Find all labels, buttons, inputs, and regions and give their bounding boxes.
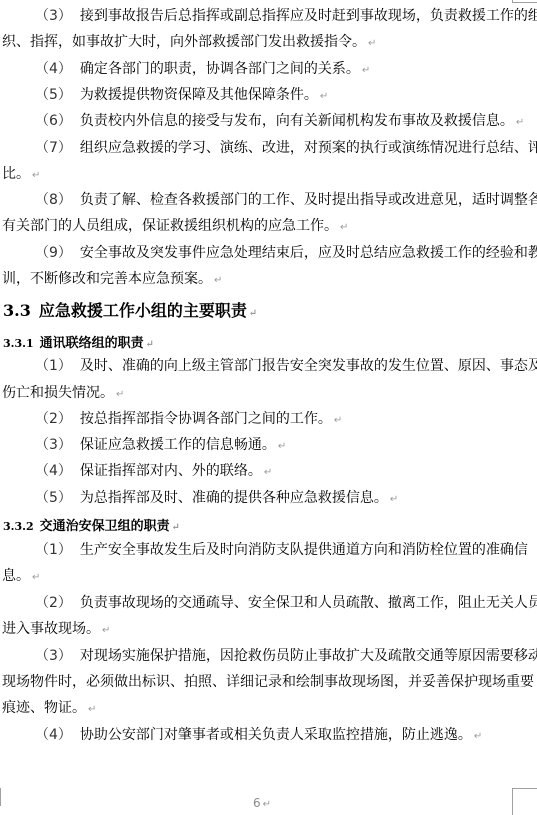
traffic-item-2-cont: 进入事故现场。↵ (2, 616, 512, 645)
comm-item-4: （4）保证指挥部对内、外的联络。↵ (2, 458, 537, 487)
comm-item-5: （5）为总指挥部及时、准确的提供各种应急救援信息。↵ (2, 485, 537, 514)
page-corner-marker-bottom-left (0, 788, 1, 806)
comm-item-2: （2）按总指挥部指令协调各部门之间的工作。↵ (2, 406, 537, 435)
page-number: 6↵ (253, 796, 271, 810)
paragraph-8: （8）负责了解、检查各救援部门的工作、及时提出指导或改进意见，适时调整各 (2, 187, 537, 214)
traffic-item-3: （3）对现场实施保护措施，因抢救伤员防止事故扩大及疏散交通等原因需要移动 (2, 643, 537, 670)
heading-3-3: 3.3应急救援工作小组的主要职责↵ (3, 298, 257, 321)
paragraph-3: （3）接到事故报告后总指挥或副总指挥应及时赶到事故现场，负责救援工作的组 (2, 3, 537, 30)
document-page: （3）接到事故报告后总指挥或副总指挥应及时赶到事故现场，负责救援工作的组 织、指… (0, 0, 537, 815)
traffic-item-2: （2）负责事故现场的交通疏导、安全保卫和人员疏散、撤离工作，阻止无关人员 (2, 590, 537, 617)
heading-3-3-2: 3.3.2交通治安保卫组的职责↵ (3, 515, 180, 534)
paragraph-3-cont: 织、指挥，如事故扩大时，向外部救援部门发出救援指令。↵ (2, 29, 512, 58)
paragraph-6: （6）负责校内外信息的接受与发布，向有关新闻机构发布事故及救援信息。↵ (2, 108, 537, 137)
paragraph-7: （7）组织应急救援的学习、演练、改进，对预案的执行或演练情况进行总结、评 (2, 135, 537, 162)
paragraph-9-cont: 训，不断修改和完善本应急预案。↵ (2, 266, 512, 295)
comm-item-3: （3）保证应急救援工作的信息畅通。↵ (2, 432, 537, 461)
traffic-item-1: （1）生产安全事故发生后及时向消防支队提供通道方向和消防栓位置的准确信 (2, 537, 537, 564)
paragraph-9: （9）安全事故及突发事件应急处理结束后，应及时总结应急救援工作的经验和教 (2, 240, 537, 267)
paragraph-8-cont: 有关部门的人员组成，保证救援组织机构的应急工作。↵ (2, 213, 512, 242)
traffic-item-1-cont: 息。↵ (2, 563, 512, 592)
paragraph-4: （4）确定各部门的职责，协调各部门之间的关系。↵ (2, 56, 537, 85)
paragraph-7-cont: 比。↵ (2, 161, 512, 190)
traffic-item-3-cont-1: 现场物件时，必须做出标识、拍照、详细记录和绘制事故现场图，并妥善保护现场重要 (2, 669, 512, 696)
traffic-item-3-cont-2: 痕迹、物证。↵ (2, 695, 512, 724)
page-corner-marker-bottom-right (512, 788, 537, 815)
heading-3-3-1: 3.3.1通讯联络组的职责↵ (3, 332, 154, 351)
traffic-item-4: （4）协助公安部门对肇事者或相关负责人采取监控措施，防止逃逸。↵ (2, 722, 537, 751)
paragraph-5: （5）为救援提供物资保障及其他保障条件。↵ (2, 82, 537, 111)
comm-item-1-cont: 伤亡和损失情况。↵ (2, 380, 512, 409)
comm-item-1: （1）及时、准确的向上级主管部门报告安全突发事故的发生位置、原因、事态及 (2, 353, 537, 380)
